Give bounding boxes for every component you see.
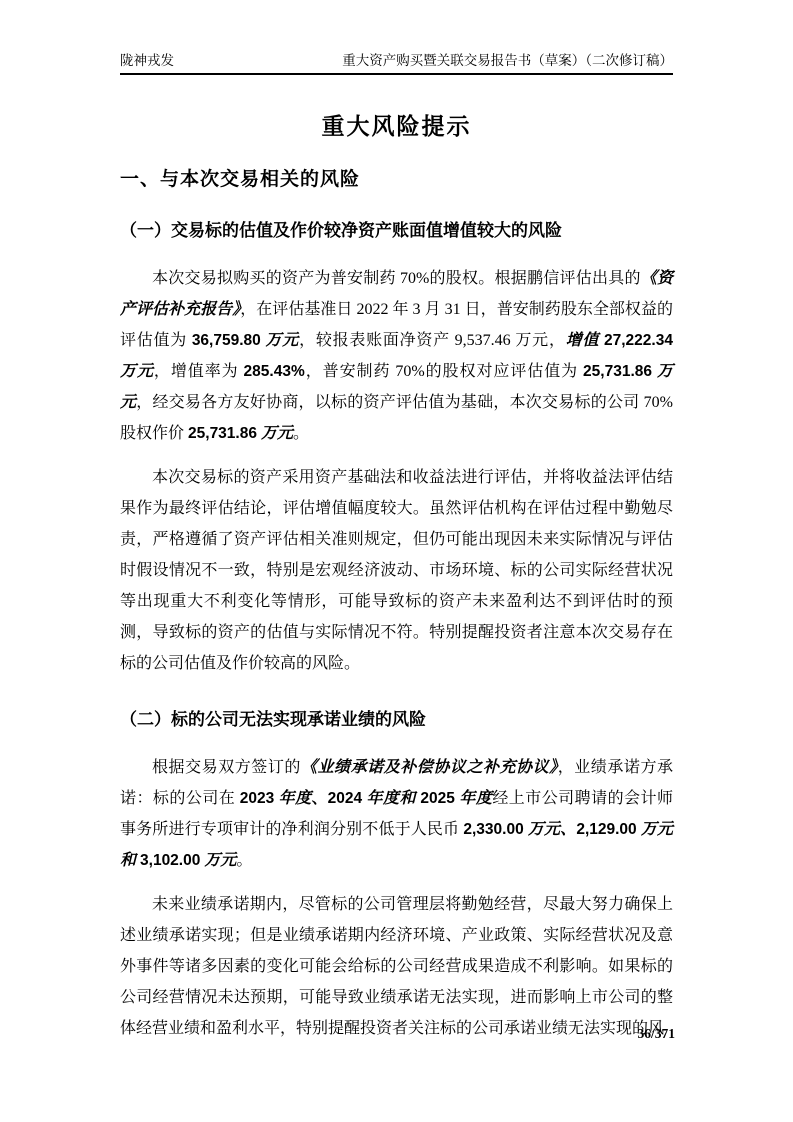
section-heading-1: 一、与本次交易相关的风险 bbox=[120, 169, 673, 190]
subsection-heading-1: （一）交易标的估值及作价较净资产账面值增值较大的风险 bbox=[120, 219, 673, 242]
page-number: 36/371 bbox=[637, 1026, 675, 1041]
content-column: 陇神戎发 重大资产购买暨关联交易报告书（草案）（二次修订稿） 重大风险提示 一、… bbox=[120, 0, 673, 1044]
header-report-title: 重大资产购买暨关联交易报告书（草案）（二次修订稿） bbox=[342, 53, 673, 69]
document-page: 陇神戎发 重大资产购买暨关联交易报告书（草案）（二次修订稿） 重大风险提示 一、… bbox=[0, 0, 793, 1122]
paragraph-commitment-2: 未来业绩承诺期内，尽管标的公司管理层将勤勉经营，尽最大努力确保上述业绩承诺实现；… bbox=[120, 889, 673, 1044]
page-title: 重大风险提示 bbox=[120, 113, 673, 140]
paragraph-commitment-1: 根据交易双方签订的《业绩承诺及补偿协议之补充协议》，业绩承诺方承诺：标的公司在 … bbox=[120, 752, 673, 876]
page-header: 陇神戎发 重大资产购买暨关联交易报告书（草案）（二次修订稿） bbox=[120, 0, 673, 75]
subsection-heading-2: （二）标的公司无法实现承诺业绩的风险 bbox=[120, 708, 673, 731]
header-company-name: 陇神戎发 bbox=[120, 53, 174, 69]
paragraph-valuation-2: 本次交易标的资产采用资产基础法和收益法进行评估，并将收益法评估结果作为最终评估结… bbox=[120, 462, 673, 679]
paragraph-valuation-1: 本次交易拟购买的资产为普安制药 70%的股权。根据鹏信评估出具的《资产评估补充报… bbox=[120, 263, 673, 449]
